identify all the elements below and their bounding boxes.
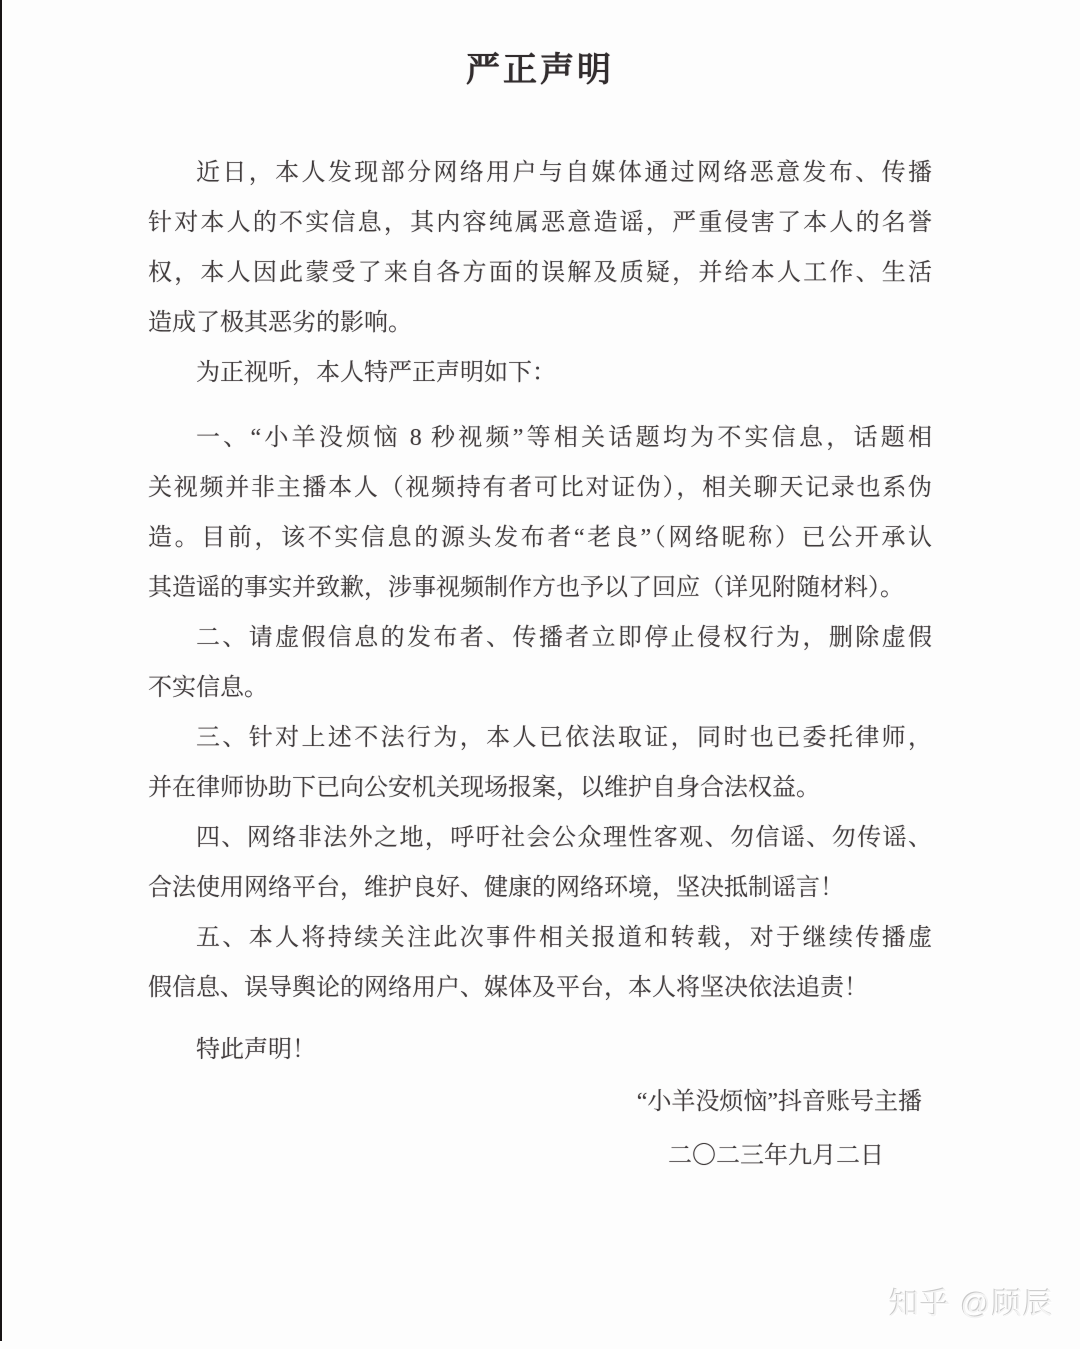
paragraph-line: 一、“小羊没烦恼 8 秒视频”等相关话题均为不实信息，话题相 [148, 413, 932, 463]
scanned-statement-page: 严正声明 近日，本人发现部分网络用户与自媒体通过网络恶意发布、传播针对本人的不实… [0, 0, 1080, 1349]
document-title: 严正声明 [0, 0, 1080, 92]
paragraph-line: 三、针对上述不法行为，本人已依法取证，同时也已委托律师， [148, 713, 932, 763]
paragraph-line: 并在律师协助下已向公安机关现场报案，以维护自身合法权益。 [148, 763, 932, 813]
document-body: 近日，本人发现部分网络用户与自媒体通过网络恶意发布、传播针对本人的不实信息，其内… [148, 148, 932, 1181]
paragraph-line: 为正视听，本人特严正声明如下： [148, 348, 932, 398]
paragraph-line: 五、本人将持续关注此次事件相关报道和转载，对于继续传播虚 [148, 913, 932, 963]
paragraphs-container: 近日，本人发现部分网络用户与自媒体通过网络恶意发布、传播针对本人的不实信息，其内… [148, 148, 932, 1013]
paragraph-2: 为正视听，本人特严正声明如下： [148, 348, 932, 398]
paragraph-7: 五、本人将持续关注此次事件相关报道和转载，对于继续传播虚假信息、误导舆论的网络用… [148, 913, 932, 1013]
paragraph-line: 针对本人的不实信息，其内容纯属恶意造谣，严重侵害了本人的名誉 [148, 198, 932, 248]
paragraph-4: 二、请虚假信息的发布者、传播者立即停止侵权行为，删除虚假不实信息。 [148, 613, 932, 713]
paragraph-line: 造成了极其恶劣的影响。 [148, 298, 932, 348]
signature-line: “小羊没烦恼”抖音账号主播 [148, 1077, 932, 1127]
paragraph-line: 四、网络非法外之地，呼吁社会公众理性客观、勿信谣、勿传谣、 [148, 813, 932, 863]
zhihu-watermark: 知乎 @顾辰 [889, 1279, 1054, 1323]
paragraph-line: 不实信息。 [148, 663, 932, 713]
paragraph-3: 一、“小羊没烦恼 8 秒视频”等相关话题均为不实信息，话题相关视频并非主播本人（… [148, 413, 932, 613]
paragraph-6: 四、网络非法外之地，呼吁社会公众理性客观、勿信谣、勿传谣、合法使用网络平台，维护… [148, 813, 932, 913]
paragraph-line: 二、请虚假信息的发布者、传播者立即停止侵权行为，删除虚假 [148, 613, 932, 663]
paragraph-line: 权，本人因此蒙受了来自各方面的误解及质疑，并给本人工作、生活 [148, 248, 932, 298]
paragraph-line: 其造谣的事实并致歉，涉事视频制作方也予以了回应（详见附随材料）。 [148, 563, 932, 613]
paragraph-line: 假信息、误导舆论的网络用户、媒体及平台，本人将坚决依法追责！ [148, 963, 932, 1013]
paragraph-5: 三、针对上述不法行为，本人已依法取证，同时也已委托律师，并在律师协助下已向公安机… [148, 713, 932, 813]
paragraph-line: 关视频并非主播本人（视频持有者可比对证伪），相关聊天记录也系伪 [148, 463, 932, 513]
paragraph-line: 造。目前，该不实信息的源头发布者“老良”（网络昵称）已公开承认 [148, 513, 932, 563]
date-line: 二〇二三年九月二日 [148, 1131, 932, 1181]
paragraph-line: 近日，本人发现部分网络用户与自媒体通过网络恶意发布、传播 [148, 148, 932, 198]
paragraph-1: 近日，本人发现部分网络用户与自媒体通过网络恶意发布、传播针对本人的不实信息，其内… [148, 148, 932, 348]
paragraph-line: 合法使用网络平台，维护良好、健康的网络环境，坚决抵制谣言！ [148, 863, 932, 913]
closing-line: 特此声明！ [148, 1025, 932, 1075]
scan-edge-artifact [0, 0, 2, 1341]
